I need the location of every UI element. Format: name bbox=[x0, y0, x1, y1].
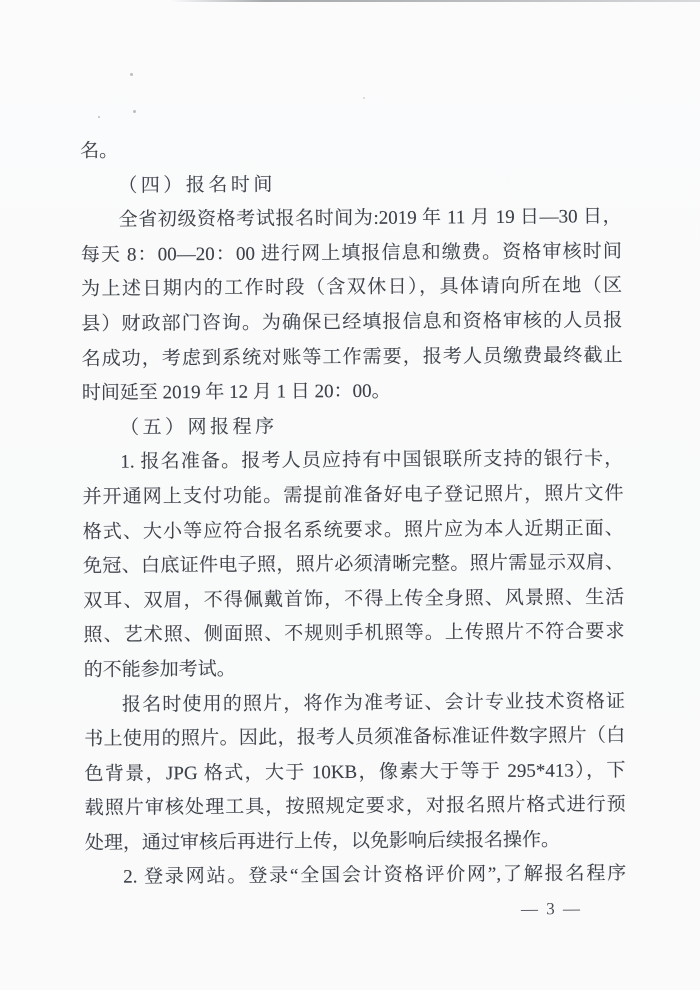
text-line: 名。 bbox=[80, 131, 621, 169]
scan-speck bbox=[133, 110, 136, 113]
text-line: 县）财政部门咨询。为确保已经填报信息和资格审核的人员报 bbox=[81, 304, 622, 342]
text-line: 2. 登录网站。登录“全国会计资格评价网”,了解报名程序 bbox=[85, 858, 626, 896]
scan-edge-artifact bbox=[170, 0, 700, 2]
text-line: 处理，通过审核后再进行上传，以免影响后续报名操作。 bbox=[85, 823, 626, 861]
text-line: 格式、大小等应符合报名系统要求。照片应为本人近期正面、 bbox=[83, 512, 624, 550]
scanned-document-page: 名。 （四）报名时间 全省初级资格考试报名时间为:2019 年 11 月 19 … bbox=[0, 0, 700, 990]
section-heading: （五）网报程序 bbox=[82, 408, 623, 446]
text-line: 载照片审核处理工具，按照规定要求，对报名照片格式进行预 bbox=[85, 788, 626, 826]
scan-speck bbox=[130, 73, 133, 76]
text-line: 全省初级资格考试报名时间为:2019 年 11 月 19 日—30 日， bbox=[80, 200, 621, 238]
text-line: 并开通网上支付功能。需提前准备好电子登记照片，照片文件 bbox=[82, 477, 623, 515]
text-line: 为上述日期内的工作时段（含双休日），具体请向所在地（区 bbox=[81, 269, 622, 307]
page-number: — 3 — bbox=[0, 899, 582, 923]
text-line: 报名时使用的照片，将作为准考证、会计专业技术资格证 bbox=[84, 685, 625, 723]
text-line: 免冠、白底证件电子照，照片必须清晰完整。照片需显示双肩、 bbox=[83, 546, 624, 584]
scan-speck bbox=[98, 116, 100, 118]
scan-speck bbox=[363, 97, 365, 99]
text-line: 名成功，考虑到系统对账等工作需要，报考人员缴费最终截止 bbox=[81, 339, 622, 377]
section-heading: （四）报名时间 bbox=[80, 166, 621, 204]
text-line: 书上使用的照片。因此，报考人员须准备标准证件数字照片（白 bbox=[84, 719, 625, 757]
text-line: 1. 报名准备。报考人员应持有中国银联所支持的银行卡， bbox=[82, 442, 623, 480]
text-line: 每天 8：00—20：00 进行网上填报信息和缴费。资格审核时间 bbox=[81, 235, 622, 273]
text-line: 时间延至 2019 年 12 月 1 日 20：00。 bbox=[82, 373, 623, 411]
document-body: 名。 （四）报名时间 全省初级资格考试报名时间为:2019 年 11 月 19 … bbox=[80, 131, 626, 896]
text-line: 双耳、双眉，不得佩戴首饰，不得上传全身照、风景照、生活 bbox=[83, 581, 624, 619]
text-line: 色背景，JPG 格式，大于 10KB，像素大于等于 295*413），下 bbox=[84, 754, 625, 792]
text-line: 的不能参加考试。 bbox=[84, 650, 625, 688]
text-line: 照、艺术照、侧面照、不规则手机照等。上传照片不符合要求 bbox=[83, 615, 624, 653]
